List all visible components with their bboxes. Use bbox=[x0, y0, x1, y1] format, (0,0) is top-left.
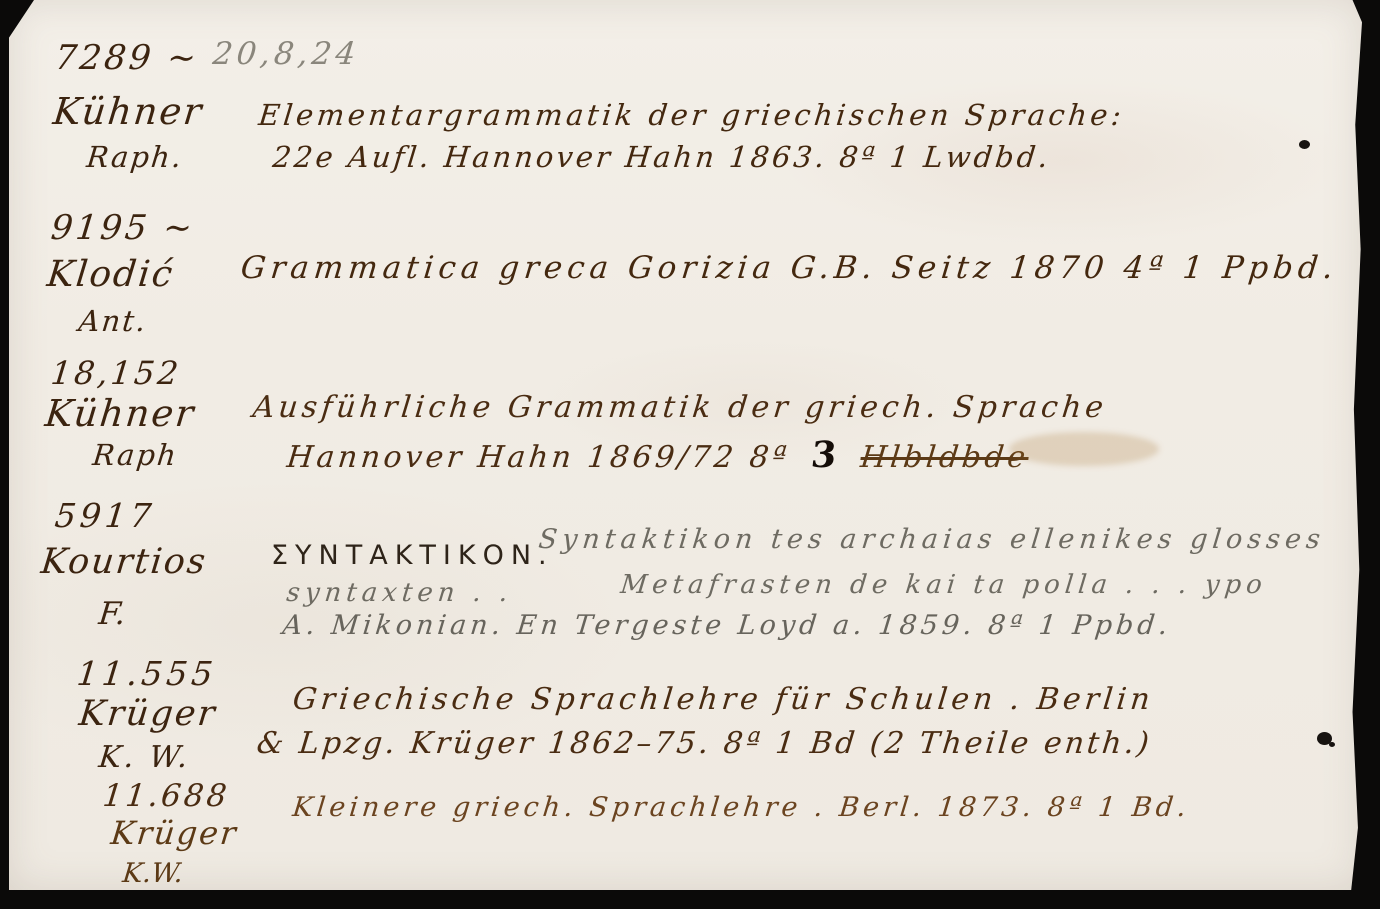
entry-3-title-line1: Ausführliche Grammatik der griech. Sprac… bbox=[251, 390, 1109, 425]
entry-4-line1-pencil: Syntaktikon tes archaias ellenikes gloss… bbox=[537, 524, 1327, 555]
entry-6-author: Krüger bbox=[109, 814, 240, 852]
entry-5-shelfmark: 11.555 bbox=[75, 654, 219, 693]
entry-4-line3-pencil: A. Mikonian. En Tergeste Loyd a. 1859. 8… bbox=[281, 610, 1173, 641]
entry-1-title-line1: Elementargrammatik der griechischen Spra… bbox=[257, 98, 1126, 132]
entry-4-author-first: F. bbox=[97, 596, 127, 632]
entry-3-author-first: Raph bbox=[91, 438, 180, 472]
entry-5-title-line2: & Lpzg. Krüger 1862–75. 8ª 1 Bd (2 Theil… bbox=[255, 726, 1154, 761]
entry-6-shelfmark: 11.688 bbox=[101, 778, 231, 814]
entry-3-binding-struck: Hlbldbde bbox=[859, 440, 1031, 475]
entry-4-line2b-pencil: Metafrasten de kai ta polla . . . ypo bbox=[619, 570, 1268, 600]
entry-2-author-first: Ant. bbox=[77, 304, 149, 338]
entry-6-title-line1: Kleinere griech. Sprachlehre . Berl. 187… bbox=[291, 792, 1191, 823]
entry-1-title-line2: 22e Aufl. Hannover Hahn 1863. 8ª 1 Lwdbd… bbox=[271, 140, 1052, 174]
entry-1-author-first: Raph. bbox=[85, 140, 185, 174]
entry-2-shelfmark: 9195 ~ bbox=[49, 208, 197, 248]
entry-4-title-greek: ΣΥΝΤΑΚΤΙΚΟΝ. bbox=[271, 540, 554, 571]
entry-5-title-line1: Griechische Sprachlehre für Schulen . Be… bbox=[291, 682, 1156, 717]
entry-4-author: Kourtios bbox=[39, 542, 209, 582]
entry-3-shelfmark: 18,152 bbox=[49, 354, 183, 392]
entry-3-volume-count: 3 bbox=[801, 434, 850, 476]
entry-5-author-first: K. W. bbox=[97, 740, 192, 775]
entry-5-author: Krüger bbox=[77, 694, 218, 734]
entry-3-author: Kühner bbox=[43, 392, 197, 435]
ink-dot bbox=[1299, 140, 1310, 149]
entry-6-author-first: K.W. bbox=[121, 858, 185, 889]
entry-3-line2-text: Hannover Hahn 1869/72 8ª bbox=[285, 440, 792, 475]
entry-2-title-line1: Grammatica greca Gorizia G.B. Seitz 1870… bbox=[239, 250, 1340, 286]
catalog-card: 7289 ~ 20,8,24 Kühner Raph. Elementargra… bbox=[9, 0, 1362, 890]
entry-1-date-pencil: 20,8,24 bbox=[211, 36, 361, 72]
ink-smudge bbox=[1009, 432, 1159, 466]
ink-blot-tail bbox=[1329, 742, 1335, 747]
entry-2-author: Klodić bbox=[45, 254, 176, 295]
entry-4-shelfmark: 5917 bbox=[53, 496, 157, 535]
entry-1-shelfmark: 7289 ~ bbox=[53, 38, 201, 78]
entry-3-title-line2: Hannover Hahn 1869/72 8ª 3 Hlbldbde bbox=[285, 434, 1031, 476]
entry-4-line2a-pencil: syntaxten . . bbox=[285, 578, 514, 608]
entry-1-author: Kühner bbox=[51, 90, 205, 133]
